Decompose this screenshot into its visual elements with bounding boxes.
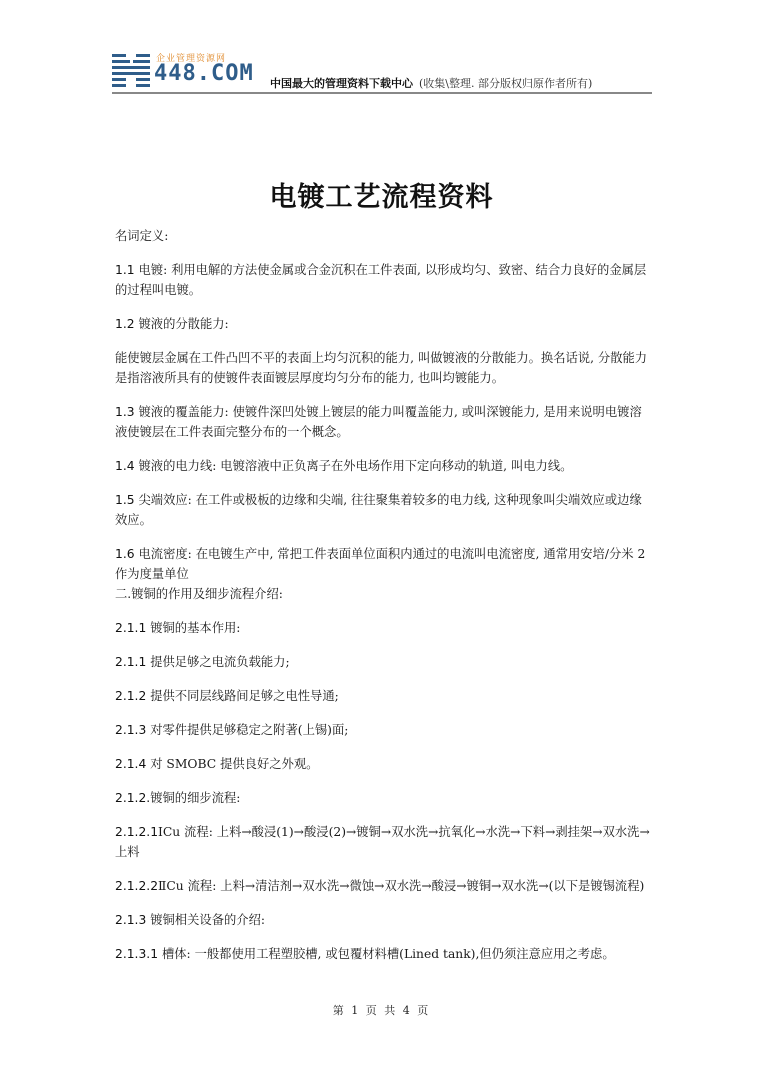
paragraph: 1.6 电流密度: 在电镀生产中, 常把工件表面单位面积内通过的电流叫电流密度,…	[115, 544, 650, 584]
logo-main-text: 448.COM	[154, 61, 254, 86]
paragraph: 2.1.1 提供足够之电流负载能力;	[115, 652, 650, 672]
document-body: 名词定义: 1.1 电镀: 利用电解的方法使金属或合金沉积在工件表面, 以形成均…	[115, 226, 650, 978]
paragraph: 1.3 镀液的覆盖能力: 使镀件深凹处镀上镀层的能力叫覆盖能力, 或叫深镀能力,…	[115, 402, 650, 442]
logo-m-icon	[112, 54, 152, 88]
tagline-note: (收集\整理. 部分版权归原作者所有)	[419, 77, 592, 90]
paragraph: 2.1.2.镀铜的细步流程:	[115, 788, 650, 808]
paragraph: 1.2 镀液的分散能力:	[115, 314, 650, 334]
section-heading: 二.镀铜的作用及细步流程介绍:	[115, 584, 650, 604]
paragraph: 2.1.3.1 槽体: 一般都使用工程塑胶槽, 或包覆材料槽(Lined tan…	[115, 944, 650, 964]
tagline-main: 中国最大的管理资料下载中心	[270, 77, 413, 90]
site-logo: 企业管理资源网 448.COM	[112, 50, 254, 92]
paragraph: 1.4 镀液的电力线: 电镀溶液中正负离子在外电场作用下定向移动的轨道, 叫电力…	[115, 456, 650, 476]
paragraph: 2.1.4 对 SMOBC 提供良好之外观。	[115, 754, 650, 774]
paragraph: 1.1 电镀: 利用电解的方法使金属或合金沉积在工件表面, 以形成均匀、致密、结…	[115, 260, 650, 300]
page-indicator: 第 1 页 共 4 页	[0, 1002, 763, 1018]
paragraph: 能使镀层金属在工件凸凹不平的表面上均匀沉积的能力, 叫做镀液的分散能力。换名话说…	[115, 348, 650, 388]
document-title: 电镀工艺流程资料	[0, 175, 763, 214]
paragraph: 2.1.1 镀铜的基本作用:	[115, 618, 650, 638]
paragraph: 2.1.2.1ⅠCu 流程: 上料→酸浸(1)→酸浸(2)→镀铜→双水洗→抗氧化…	[115, 822, 650, 862]
header-divider	[112, 92, 652, 94]
paragraph: 2.1.2 提供不同层线路间足够之电性导通;	[115, 686, 650, 706]
page-header: 企业管理资源网 448.COM 中国最大的管理资料下载中心(收集\整理. 部分版…	[112, 50, 652, 92]
paragraph: 2.1.2.2ⅡCu 流程: 上料→清洁剂→双水洗→微蚀→双水洗→酸浸→镀铜→双…	[115, 876, 650, 896]
paragraph: 名词定义:	[115, 226, 650, 246]
paragraph: 2.1.3 镀铜相关设备的介绍:	[115, 910, 650, 930]
header-tagline: 中国最大的管理资料下载中心(收集\整理. 部分版权归原作者所有)	[270, 75, 592, 91]
paragraph: 2.1.3 对零件提供足够稳定之附著(上锡)面;	[115, 720, 650, 740]
paragraph: 1.5 尖端效应: 在工件或极板的边缘和尖端, 往往聚集着较多的电力线, 这种现…	[115, 490, 650, 530]
